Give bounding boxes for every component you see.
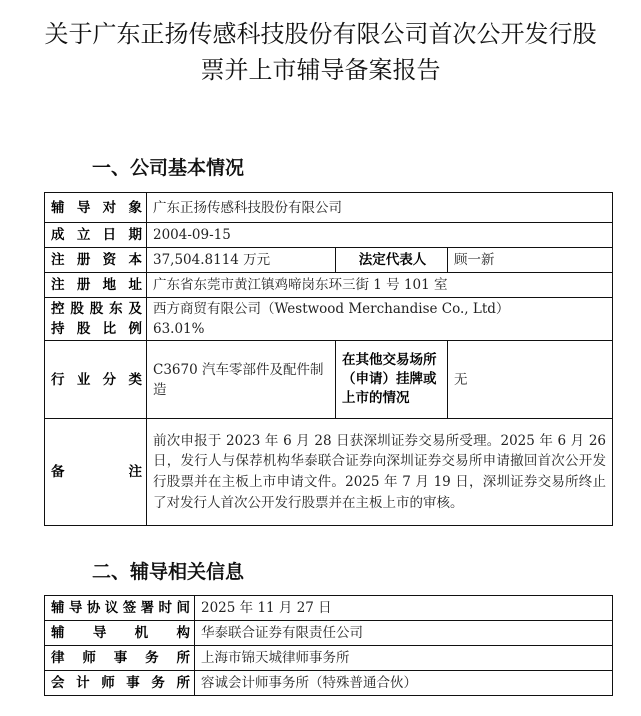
table-row-agreement-date: 辅 导 协 议 签 署 时 间 2025 年 11 月 27 日 xyxy=(45,596,613,621)
label-char: 注 xyxy=(51,275,65,295)
label-agreement-date: 辅 导 协 议 签 署 时 间 xyxy=(45,596,195,621)
table-row-remark: 备 注 前次申报于 2023 年 6 月 28 日获深圳证券交易所受理。2025… xyxy=(45,419,613,526)
table-row-accounting-firm: 会 计 师 事 务 所 容诚会计师事务所（特殊普通合伙） xyxy=(45,671,613,696)
label-char: 行 xyxy=(51,370,65,390)
label-char: 导 xyxy=(93,623,107,643)
label-char: 辅 xyxy=(51,598,65,618)
label-char: 册 xyxy=(77,250,91,270)
label-char: 会 xyxy=(51,673,65,693)
label-char: 署 xyxy=(141,598,155,618)
table-row-capital: 注 册 资 本 37,504.8114 万元 法定代表人 顾一新 xyxy=(45,248,613,273)
table-row-law-firm: 律 师 事 务 所 上海市锦天城律师事务所 xyxy=(45,646,613,671)
value-legal-representative: 顾一新 xyxy=(448,248,613,273)
label-char: 持 xyxy=(51,319,65,339)
label-char: 股 xyxy=(70,299,84,319)
label-capital: 注 册 资 本 xyxy=(45,248,147,273)
label-char: 日 xyxy=(103,225,117,245)
label-char: 计 xyxy=(76,673,90,693)
value-shareholder: 西方商贸有限公司（Westwood Merchandise Co., Ltd） … xyxy=(147,298,613,341)
company-info-table: 辅 导 对 象 广东正扬传感科技股份有限公司 成 立 日 期 2004-09-1… xyxy=(44,192,613,526)
label-char: 事 xyxy=(126,673,140,693)
label-char: 例 xyxy=(128,319,142,339)
label-institution: 辅 导 机 构 xyxy=(45,621,195,646)
label-char: 注 xyxy=(51,250,65,270)
label-shareholder: 控 股 股 东 及 持 股 比 例 xyxy=(45,298,147,341)
table-row-established: 成 立 日 期 2004-09-15 xyxy=(45,223,613,248)
label-char: 所 xyxy=(177,648,191,668)
section-heading-tutoring-info: 二、辅导相关信息 xyxy=(92,560,244,584)
label-char: 议 xyxy=(105,598,119,618)
table-row-shareholder: 控 股 股 东 及 持 股 比 例 西方商贸有限公司（Westwood Merc… xyxy=(45,298,613,341)
value-established: 2004-09-15 xyxy=(147,223,613,248)
shareholder-name: 西方商贸有限公司（Westwood Merchandise Co., Ltd） xyxy=(153,299,606,319)
table-row-target: 辅 导 对 象 广东正扬传感科技股份有限公司 xyxy=(45,193,613,223)
label-char: 类 xyxy=(128,370,142,390)
label-char: 象 xyxy=(128,198,142,218)
value-address: 广东省东莞市黄江镇鸡啼岗东环三街 1 号 101 室 xyxy=(147,273,613,298)
title-line-1: 关于广东正扬传感科技股份有限公司首次公开发行股 xyxy=(0,16,641,52)
section-heading-company-info: 一、公司基本情况 xyxy=(92,156,244,180)
label-char: 资 xyxy=(103,250,117,270)
label-accounting-firm: 会 计 师 事 务 所 xyxy=(45,671,195,696)
value-accounting-firm: 容诚会计师事务所（特殊普通合伙） xyxy=(195,671,613,696)
label-char: 注 xyxy=(129,462,143,482)
label-industry: 行 业 分 类 xyxy=(45,341,147,419)
label-char: 时 xyxy=(159,598,173,618)
label-target: 辅 导 对 象 xyxy=(45,193,147,223)
label-char: 师 xyxy=(82,648,96,668)
label-remark: 备 注 xyxy=(45,419,147,526)
label-char: 及 xyxy=(129,299,143,319)
label-char: 务 xyxy=(145,648,159,668)
label-char: 机 xyxy=(135,623,149,643)
tutoring-info-table: 辅 导 协 议 签 署 时 间 2025 年 11 月 27 日 辅 导 机 构… xyxy=(44,595,613,696)
value-agreement-date: 2025 年 11 月 27 日 xyxy=(195,596,613,621)
label-char: 师 xyxy=(101,673,115,693)
label-char: 地 xyxy=(103,275,117,295)
label-char: 导 xyxy=(69,598,83,618)
label-char: 控 xyxy=(51,299,65,319)
label-char: 签 xyxy=(123,598,137,618)
label-other-listing: 在其他交易场所（申请）挂牌或上市的情况 xyxy=(336,341,448,419)
value-capital: 37,504.8114 万元 xyxy=(147,248,336,273)
label-char: 本 xyxy=(128,250,142,270)
value-industry: C3670 汽车零部件及配件制造 xyxy=(147,341,336,419)
label-char: 东 xyxy=(109,299,123,319)
label-char: 所 xyxy=(176,673,190,693)
label-char: 导 xyxy=(77,198,91,218)
label-char: 业 xyxy=(77,370,91,390)
document-title: 关于广东正扬传感科技股份有限公司首次公开发行股 票并上市辅导备案报告 xyxy=(0,16,641,88)
label-char: 构 xyxy=(176,623,190,643)
value-other-listing: 无 xyxy=(448,341,613,419)
value-remark: 前次申报于 2023 年 6 月 28 日获深圳证券交易所受理。2025 年 6… xyxy=(147,419,613,526)
label-char: 址 xyxy=(128,275,142,295)
label-char: 对 xyxy=(103,198,117,218)
label-char: 间 xyxy=(176,598,190,618)
label-char: 协 xyxy=(87,598,101,618)
table-row-industry: 行 业 分 类 C3670 汽车零部件及配件制造 在其他交易场所（申请）挂牌或上… xyxy=(45,341,613,419)
label-char: 成 xyxy=(51,225,65,245)
value-institution: 华泰联合证券有限责任公司 xyxy=(195,621,613,646)
label-char: 股 xyxy=(77,319,91,339)
label-char: 备 xyxy=(51,462,65,482)
value-law-firm: 上海市锦天城律师事务所 xyxy=(195,646,613,671)
label-char: 事 xyxy=(114,648,128,668)
label-char: 期 xyxy=(128,225,142,245)
table-row-institution: 辅 导 机 构 华泰联合证券有限责任公司 xyxy=(45,621,613,646)
label-legal-representative: 法定代表人 xyxy=(336,248,448,273)
label-char: 股 xyxy=(90,299,104,319)
label-char: 立 xyxy=(77,225,91,245)
label-char: 比 xyxy=(103,319,117,339)
label-char: 分 xyxy=(103,370,117,390)
label-law-firm: 律 师 事 务 所 xyxy=(45,646,195,671)
label-established: 成 立 日 期 xyxy=(45,223,147,248)
title-line-2: 票并上市辅导备案报告 xyxy=(0,52,641,88)
label-char: 辅 xyxy=(51,198,65,218)
label-address: 注 册 地 址 xyxy=(45,273,147,298)
label-char: 律 xyxy=(51,648,65,668)
label-char: 辅 xyxy=(51,623,65,643)
value-target: 广东正扬传感科技股份有限公司 xyxy=(147,193,613,223)
table-row-address: 注 册 地 址 广东省东莞市黄江镇鸡啼岗东环三街 1 号 101 室 xyxy=(45,273,613,298)
label-char: 务 xyxy=(151,673,165,693)
shareholding-ratio: 63.01% xyxy=(153,319,606,339)
label-char: 册 xyxy=(77,275,91,295)
